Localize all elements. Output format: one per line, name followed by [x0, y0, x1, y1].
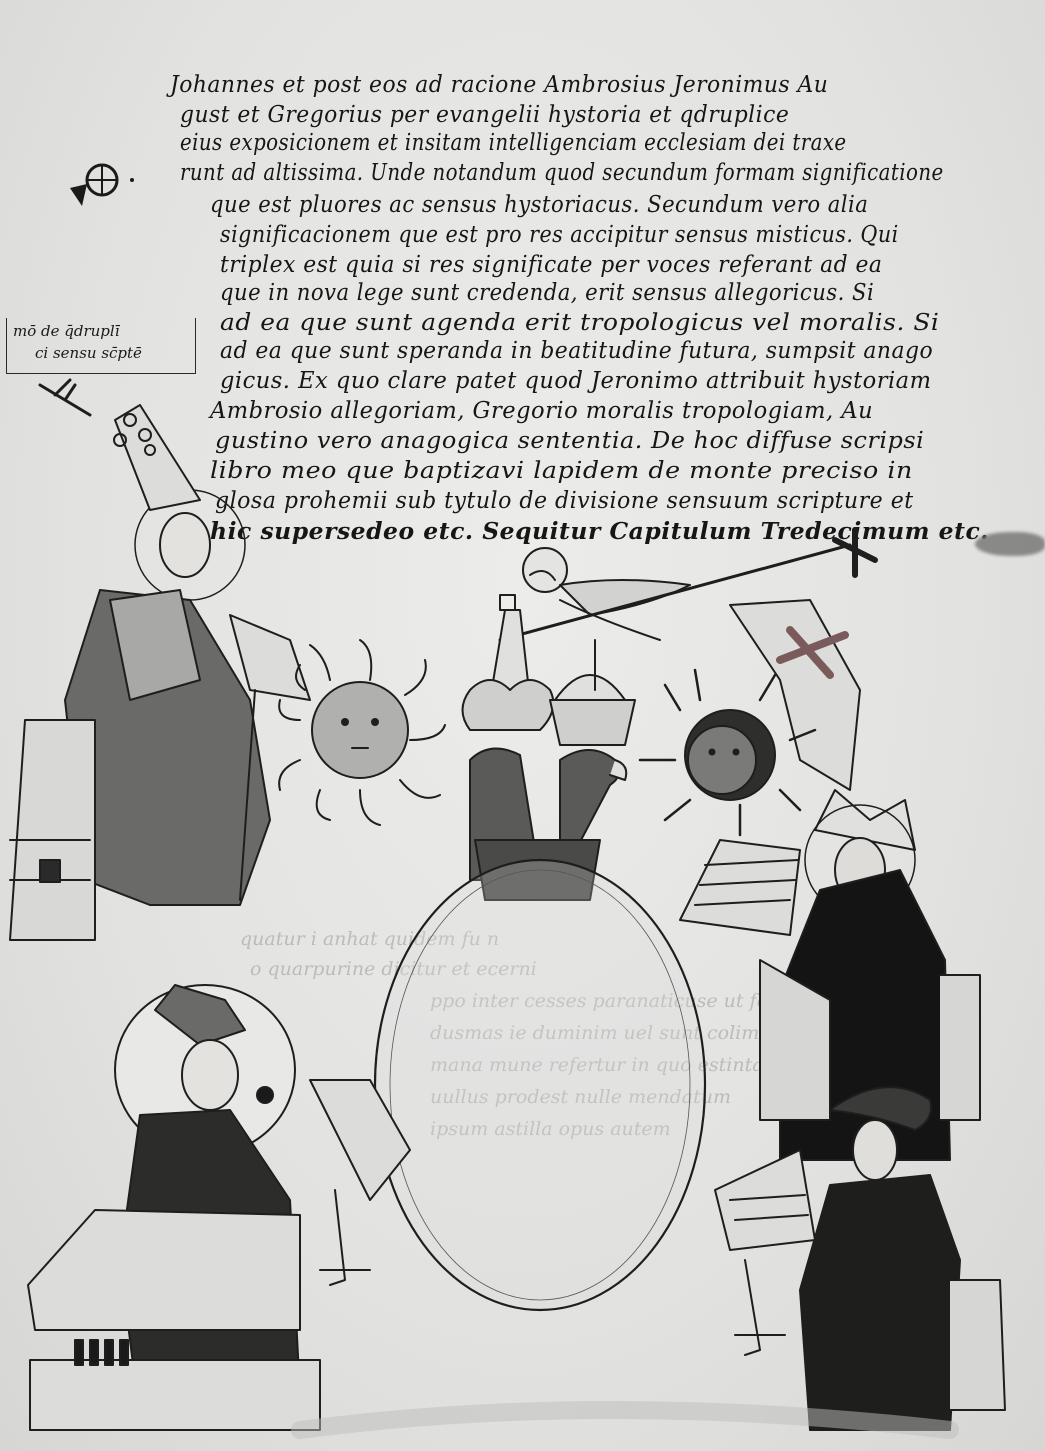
saint-bottom-right	[715, 1087, 1005, 1430]
sun-face	[279, 640, 445, 825]
saint-top-right	[680, 790, 980, 1160]
egg-vessel	[375, 860, 705, 1310]
saint-bottom-left	[28, 985, 410, 1430]
double-headed-eagle	[463, 595, 636, 900]
manuscript-page: quatur i anhat quidem fu n o quarpurine …	[0, 0, 1045, 1451]
saint-top-left	[10, 380, 310, 940]
illustration	[0, 0, 1045, 1451]
